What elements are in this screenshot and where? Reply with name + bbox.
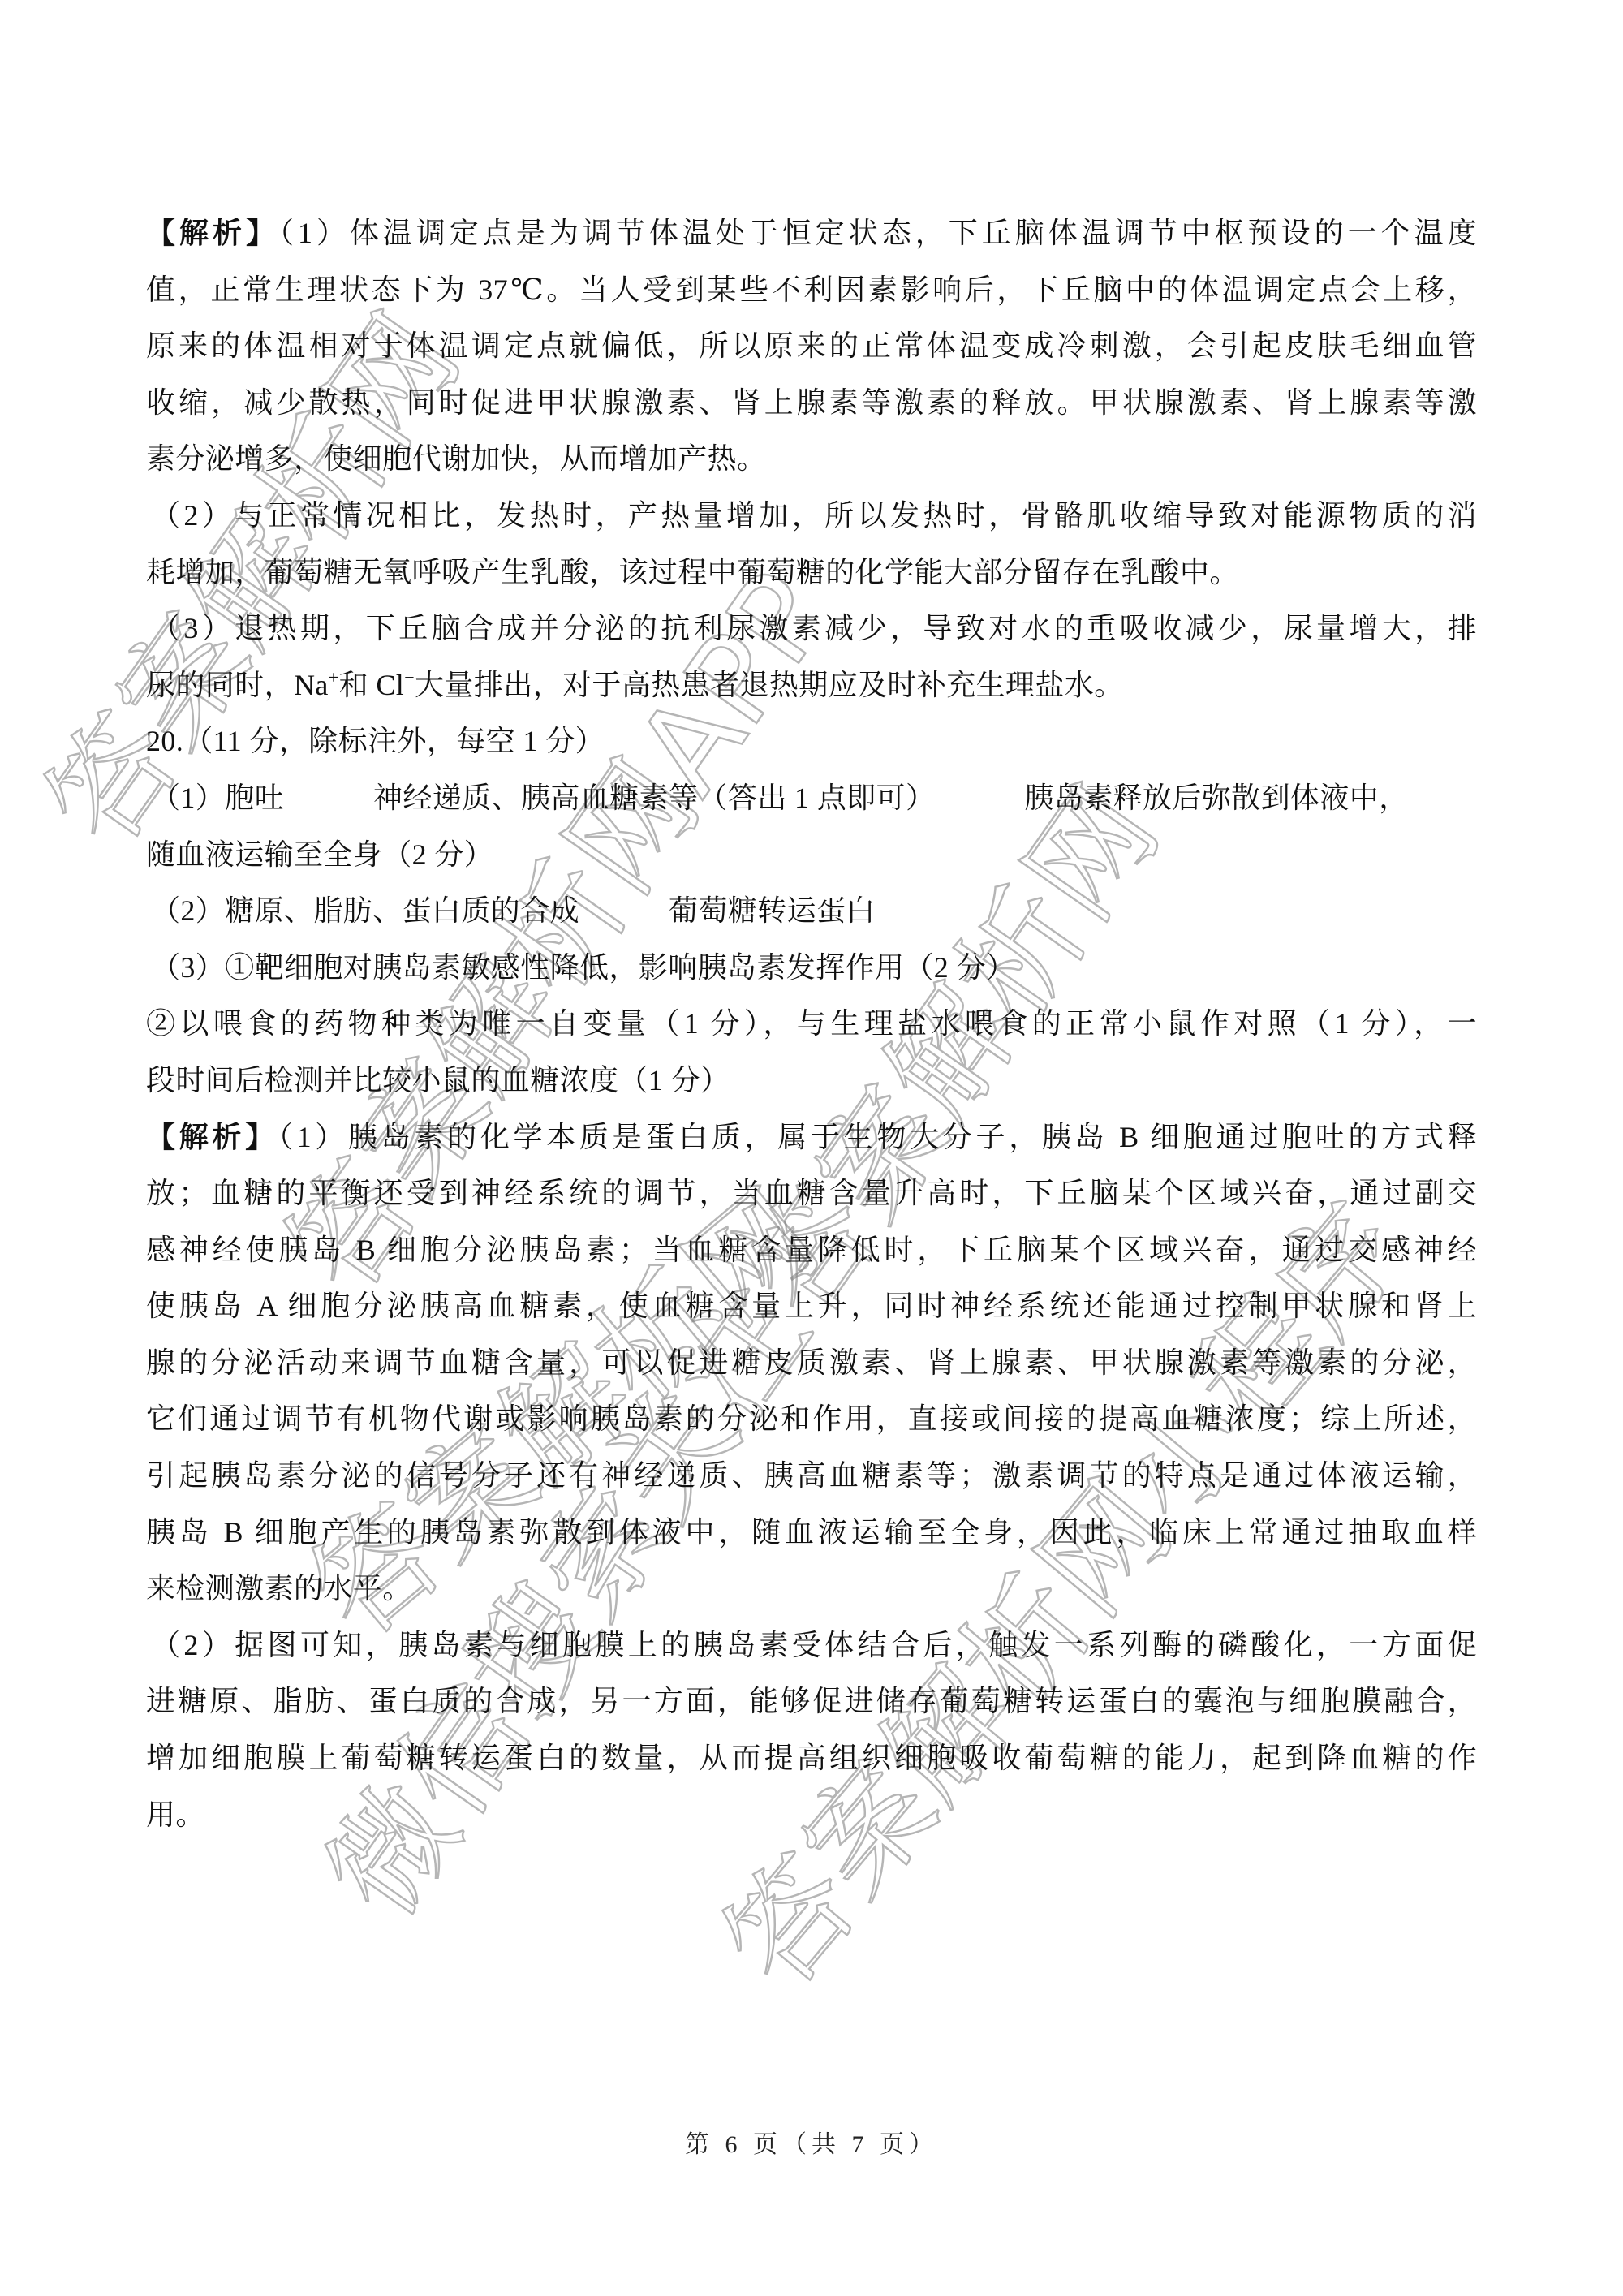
superscript: + [329,667,339,687]
text-run: 神经递质、胰高血糖素等（答出 1 点即可） [373,782,935,814]
text-line: 胰岛 B 细胞产生的胰岛素弥散到体液中，随血液运输至全身，因此，临床上常通过抽取… [146,1505,1477,1562]
text-line: 随血液运输至全身（2 分） [146,827,1477,884]
text-run: （2）据图可知，胰岛素与细胞膜上的胰岛素受体结合后，触发一系列酶的磷酸化，一方面… [151,1629,1477,1661]
text-run: 20.（11 分，除标注外，每空 1 分） [146,725,605,757]
text-run: 引起胰岛素分泌的信号分子还有神经递质、胰高血糖素等；激素调节的特点是通过体液运输… [146,1459,1477,1492]
text-line: 素分泌增多，使细胞代谢加快，从而增加产热。 [146,431,1477,488]
text-line: 用。 [146,1787,1477,1844]
text-run: 值，正常生理状态下为 37℃。当人受到某些不利因素影响后，下丘脑中的体温调定点会… [146,274,1477,306]
text-run: 来检测激素的水平。 [146,1572,412,1605]
text-line: 腺的分泌活动来调节血糖含量，可以促进糖皮质激素、肾上腺素、甲状腺激素等激素的分泌… [146,1335,1477,1392]
text-line: （3）退热期，下丘脑合成并分泌的抗利尿激素减少，导致对水的重吸收减少，尿量增大，… [146,601,1477,657]
text-run: 进糖原、脂肪、蛋白质的合成，另一方面，能够促进储存葡萄糖转运蛋白的囊泡与细胞膜融… [146,1685,1477,1717]
superscript: − [404,667,415,687]
text-run: （3）①靶细胞对胰岛素敏感性降低，影响胰岛素发挥作用（2 分） [151,951,1015,984]
text-run: 收缩，减少散热，同时促进甲状腺激素、肾上腺素等激素的释放。甲状腺激素、肾上腺素等… [146,386,1477,419]
text-run: 用。 [146,1798,205,1831]
analysis-label: 【解析】 [146,217,279,249]
text-run: （1）体温调定点是为调节体温处于恒定状态，下丘脑体温调节中枢预设的一个温度 [279,217,1477,249]
text-line: 值，正常生理状态下为 37℃。当人受到某些不利因素影响后，下丘脑中的体温调定点会… [146,262,1477,319]
text-line: （2）据图可知，胰岛素与细胞膜上的胰岛素受体结合后，触发一系列酶的磷酸化，一方面… [146,1618,1477,1674]
text-line: 进糖原、脂肪、蛋白质的合成，另一方面，能够促进储存葡萄糖转运蛋白的囊泡与细胞膜融… [146,1674,1477,1730]
text-run: 和 Cl [339,669,405,701]
text-run: 大量排出，对于高热患者退热期应及时补充生理盐水。 [415,669,1124,701]
text-run: （3）退热期，下丘脑合成并分泌的抗利尿激素减少，导致对水的重吸收减少，尿量增大，… [151,612,1477,644]
text-line: 使胰岛 A 细胞分泌胰高血糖素，使血糖含量上升，同时神经系统还能通过控制甲状腺和… [146,1278,1477,1335]
text-run: 使胰岛 A 细胞分泌胰高血糖素，使血糖含量上升，同时神经系统还能通过控制甲状腺和… [146,1290,1477,1322]
text-line: 20.（11 分，除标注外，每空 1 分） [146,713,1477,770]
text-line: 收缩，减少散热，同时促进甲状腺激素、肾上腺素等激素的释放。甲状腺激素、肾上腺素等… [146,375,1477,432]
text-line: ②以喂食的药物种类为唯一自变量（1 分），与生理盐水喂食的正常小鼠作对照（1 分… [146,996,1477,1053]
text-line: 放；血糖的平衡还受到神经系统的调节，当血糖含量升高时，下丘脑某个区域兴奋，通过副… [146,1165,1477,1222]
text-run: 胰岛素释放后弥散到体液中， [1024,782,1408,814]
text-line: 段时间后检测并比较小鼠的血糖浓度（1 分） [146,1053,1477,1109]
document-page: 答案解析网答案解析网APP答案解析网微信搜索关注答案解析网答案解析网小程序 【解… [0,0,1623,2296]
text-run: 尿的同时，Na [146,669,329,701]
text-line: 引起胰岛素分泌的信号分子还有神经递质、胰高血糖素等；激素调节的特点是通过体液运输… [146,1448,1477,1505]
text-line: 尿的同时，Na+和 Cl−大量排出，对于高热患者退热期应及时补充生理盐水。 [146,657,1477,714]
text-run: （1）胰岛素的化学本质是蛋白质，属于生物大分子，胰岛 B 细胞通过胞吐的方式释 [278,1121,1477,1153]
text-line: （2）与正常情况相比，发热时，产热量增加，所以发热时，骨骼肌收缩导致对能源物质的… [146,488,1477,545]
text-run: （1）胞吐 [151,782,284,814]
text-line: 它们通过调节有机物代谢或影响胰岛素的分泌和作用，直接或间接的提高血糖浓度；综上所… [146,1391,1477,1448]
text-line: 来检测激素的水平。 [146,1561,1477,1618]
text-line: 【解析】（1）胰岛素的化学本质是蛋白质，属于生物大分子，胰岛 B 细胞通过胞吐的… [146,1109,1477,1166]
text-run: 感神经使胰岛 B 细胞分泌胰岛素；当血糖含量降低时，下丘脑某个区域兴奋，通过交感… [146,1234,1477,1266]
text-run: 腺的分泌活动来调节血糖含量，可以促进糖皮质激素、肾上腺素、甲状腺激素等激素的分泌… [146,1346,1477,1379]
text-run: 胰岛 B 细胞产生的胰岛素弥散到体液中，随血液运输至全身，因此，临床上常通过抽取… [146,1516,1477,1549]
text-run: 段时间后检测并比较小鼠的血糖浓度（1 分） [146,1064,730,1096]
text-run: 增加细胞膜上葡萄糖转运蛋白的数量，从而提高组织细胞吸收葡萄糖的能力，起到降血糖的… [146,1742,1477,1774]
document-body: 【解析】（1）体温调定点是为调节体温处于恒定状态，下丘脑体温调节中枢预设的一个温… [146,205,1477,1843]
text-line: （1）胞吐神经递质、胰高血糖素等（答出 1 点即可）胰岛素释放后弥散到体液中， [146,770,1477,827]
text-line: 原来的体温相对于体温调定点就偏低，所以原来的正常体温变成冷刺激，会引起皮肤毛细血… [146,318,1477,375]
page-footer: 第 6 页（共 7 页） [0,2124,1623,2160]
text-run: 随血液运输至全身（2 分） [146,838,493,871]
text-line: （2）糖原、脂肪、蛋白质的合成葡萄糖转运蛋白 [146,883,1477,940]
text-run: 葡萄糖转运蛋白 [669,894,876,927]
text-line: （3）①靶细胞对胰岛素敏感性降低，影响胰岛素发挥作用（2 分） [146,940,1477,997]
text-run: （2）糖原、脂肪、蛋白质的合成 [151,894,579,927]
text-run: 耗增加，葡萄糖无氧呼吸产生乳酸，该过程中葡萄糖的化学能大部分留存在乳酸中。 [146,556,1239,588]
text-line: 感神经使胰岛 B 细胞分泌胰岛素；当血糖含量降低时，下丘脑某个区域兴奋，通过交感… [146,1222,1477,1279]
text-line: 【解析】（1）体温调定点是为调节体温处于恒定状态，下丘脑体温调节中枢预设的一个温… [146,205,1477,262]
text-line: 增加细胞膜上葡萄糖转运蛋白的数量，从而提高组织细胞吸收葡萄糖的能力，起到降血糖的… [146,1730,1477,1787]
text-run: 原来的体温相对于体温调定点就偏低，所以原来的正常体温变成冷刺激，会引起皮肤毛细血… [146,330,1477,362]
text-run: （2）与正常情况相比，发热时，产热量增加，所以发热时，骨骼肌收缩导致对能源物质的… [151,499,1477,532]
text-line: 耗增加，葡萄糖无氧呼吸产生乳酸，该过程中葡萄糖的化学能大部分留存在乳酸中。 [146,545,1477,601]
text-run: 素分泌增多，使细胞代谢加快，从而增加产热。 [146,442,766,475]
analysis-label: 【解析】 [146,1121,278,1153]
text-run: ②以喂食的药物种类为唯一自变量（1 分），与生理盐水喂食的正常小鼠作对照（1 分… [146,1007,1477,1040]
text-run: 放；血糖的平衡还受到神经系统的调节，当血糖含量升高时，下丘脑某个区域兴奋，通过副… [146,1177,1477,1209]
text-run: 它们通过调节有机物代谢或影响胰岛素的分泌和作用，直接或间接的提高血糖浓度；综上所… [146,1402,1477,1435]
